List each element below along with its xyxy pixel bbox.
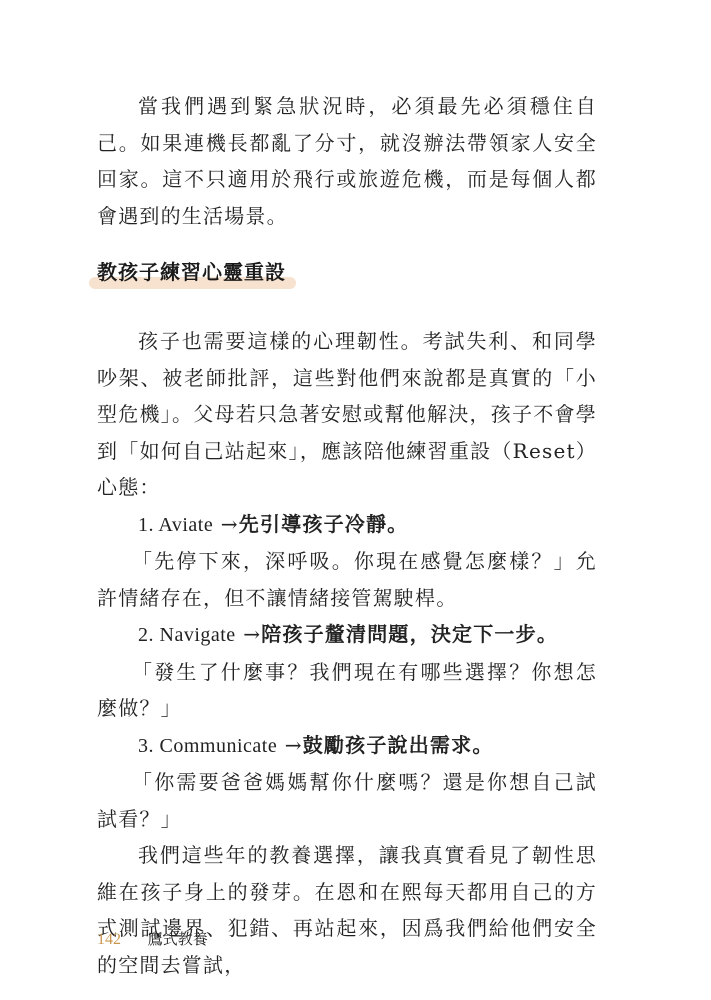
section-body: 孩子也需要這樣的心理韌性。考試失利、和同學吵架、被老師批評，這些對他們來說都是真… bbox=[97, 323, 597, 983]
arrow-icon: → bbox=[285, 733, 303, 757]
step-2-description: 陪孩子釐清問題，決定下一步。 bbox=[261, 622, 558, 646]
intro-paragraph: 孩子也需要這樣的心理韌性。考試失利、和同學吵架、被老師批評，這些對他們來說都是真… bbox=[97, 323, 597, 506]
page-footer: 142 鷹式教養 bbox=[97, 928, 208, 949]
closing-paragraph: 我們這些年的教養選擇，讓我真實看見了韌性思維在孩子身上的發芽。在恩和在熙每天都用… bbox=[97, 837, 597, 983]
step-3-description: 鼓勵孩子說出需求。 bbox=[303, 733, 494, 757]
page-number: 142 bbox=[97, 931, 121, 948]
step-1-number: 1. Aviate bbox=[138, 514, 213, 536]
step-2-quote: 「發生了什麼事？我們現在有哪些選擇？你想怎麼做？」 bbox=[97, 654, 597, 727]
section-heading: 教孩子練習心靈重設 bbox=[97, 256, 290, 285]
step-2-heading: 2. Navigate →陪孩子釐清問題，決定下一步。 bbox=[97, 616, 597, 654]
step-2-number: 2. Navigate bbox=[138, 624, 236, 646]
step-3-heading: 3. Communicate →鼓勵孩子說出需求。 bbox=[97, 727, 597, 765]
opening-paragraph: 當我們遇到緊急狀況時，必須最先必須穩住自己。如果連機長都亂了分寸，就沒辦法帶領家… bbox=[97, 88, 597, 234]
opening-paragraph-block: 當我們遇到緊急狀況時，必須最先必須穩住自己。如果連機長都亂了分寸，就沒辦法帶領家… bbox=[97, 88, 597, 234]
section-heading-block: 教孩子練習心靈重設 bbox=[97, 256, 290, 285]
book-title: 鷹式教養 bbox=[148, 930, 208, 948]
step-1-heading: 1. Aviate →先引導孩子冷靜。 bbox=[97, 506, 597, 544]
arrow-icon: → bbox=[243, 622, 261, 646]
section-heading-text: 教孩子練習心靈重設 bbox=[97, 260, 286, 284]
step-1-quote: 「先停下來，深呼吸。你現在感覺怎麼樣？」允許情緒存在，但不讓情緒接管駕駛桿。 bbox=[97, 543, 597, 616]
step-1-description: 先引導孩子冷靜。 bbox=[239, 512, 409, 536]
step-3-number: 3. Communicate bbox=[138, 735, 277, 757]
step-3-quote: 「你需要爸爸媽媽幫你什麼嗎？還是你想自己試試看？」 bbox=[97, 764, 597, 837]
arrow-icon: → bbox=[221, 512, 239, 536]
